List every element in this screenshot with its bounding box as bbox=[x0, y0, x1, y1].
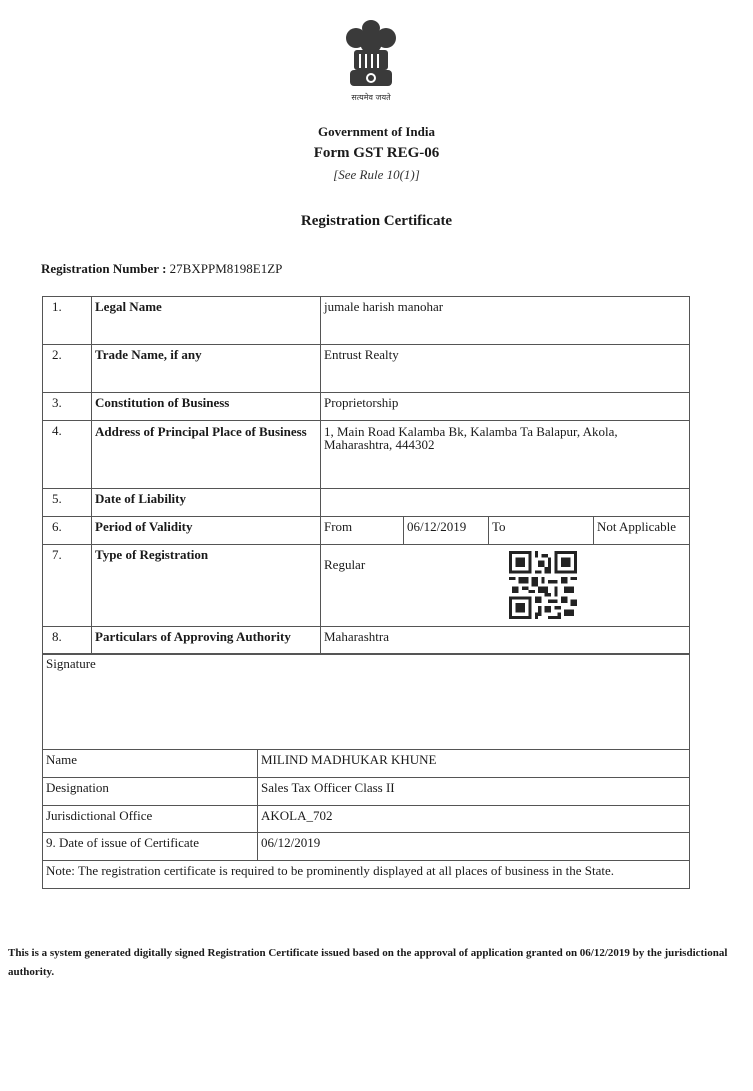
table-row: 5. Date of Liability bbox=[43, 489, 690, 517]
table-row: 3. Constitution of Business Proprietorsh… bbox=[43, 393, 690, 421]
date-of-liability-value bbox=[321, 489, 690, 517]
designation-value: Sales Tax Officer Class II bbox=[258, 778, 690, 806]
registration-type-cell: Regular bbox=[321, 545, 690, 627]
officer-name-label: Name bbox=[43, 750, 258, 778]
registration-number: Registration Number : 27BXPPM8198E1ZP bbox=[41, 261, 282, 277]
row-number: 5. bbox=[43, 489, 92, 517]
validity-to-label: To bbox=[489, 517, 594, 545]
table-row: 6. Period of Validity From 06/12/2019 To… bbox=[43, 517, 690, 545]
signature-label: Signature bbox=[43, 654, 690, 750]
system-generated-notice: This is a system generated digitally sig… bbox=[8, 944, 728, 982]
details-table: 1. Legal Name jumale harish manohar 2. T… bbox=[42, 296, 690, 655]
trade-name-label: Trade Name, if any bbox=[92, 345, 321, 393]
row-number: 8. bbox=[43, 627, 92, 655]
validity-to-value: Not Applicable bbox=[594, 517, 690, 545]
legal-name-value: jumale harish manohar bbox=[321, 297, 690, 345]
row-number: 2. bbox=[43, 345, 92, 393]
issue-date-label: 9. Date of issue of Certificate bbox=[43, 833, 258, 861]
row-number: 3. bbox=[43, 393, 92, 421]
national-emblem-icon: सत्यमेव जयते bbox=[336, 16, 406, 104]
address-label: Address of Principal Place of Business bbox=[92, 421, 321, 489]
form-title: Form GST REG-06 bbox=[0, 145, 753, 162]
constitution-value: Proprietorship bbox=[321, 393, 690, 421]
table-row: 7. Type of Registration Regular bbox=[43, 545, 690, 627]
validity-from-value: 06/12/2019 bbox=[404, 517, 489, 545]
row-number: 4. bbox=[43, 421, 92, 489]
table-row: Designation Sales Tax Officer Class II bbox=[43, 778, 690, 806]
row-number: 7. bbox=[43, 545, 92, 627]
table-row: 2. Trade Name, if any Entrust Realty bbox=[43, 345, 690, 393]
constitution-label: Constitution of Business bbox=[92, 393, 321, 421]
trade-name-value: Entrust Realty bbox=[321, 345, 690, 393]
signature-row: Signature bbox=[43, 654, 690, 750]
rule-reference: [See Rule 10(1)] bbox=[0, 167, 753, 183]
row-number: 1. bbox=[43, 297, 92, 345]
officer-name-value: MILIND MADHUKAR KHUNE bbox=[258, 750, 690, 778]
registration-type-label: Type of Registration bbox=[92, 545, 321, 627]
government-heading: Government of India bbox=[0, 124, 753, 140]
designation-label: Designation bbox=[43, 778, 258, 806]
approving-authority-label: Particulars of Approving Authority bbox=[92, 627, 321, 655]
table-row: 8. Particulars of Approving Authority Ma… bbox=[43, 627, 690, 655]
row-number: 6. bbox=[43, 517, 92, 545]
validity-from-label: From bbox=[321, 517, 404, 545]
table-row: Name MILIND MADHUKAR KHUNE bbox=[43, 750, 690, 778]
table-row: Jurisdictional Office AKOLA_702 bbox=[43, 806, 690, 833]
registration-number-label: Registration Number : bbox=[41, 261, 166, 276]
registration-number-value: 27BXPPM8198E1ZP bbox=[170, 261, 283, 276]
table-row: 4. Address of Principal Place of Busines… bbox=[43, 421, 690, 489]
table-row: 1. Legal Name jumale harish manohar bbox=[43, 297, 690, 345]
registration-type-value: Regular bbox=[324, 557, 365, 572]
jurisdictional-office-value: AKOLA_702 bbox=[258, 806, 690, 833]
certificate-title: Registration Certificate bbox=[0, 213, 753, 230]
legal-name-label: Legal Name bbox=[92, 297, 321, 345]
jurisdictional-office-label: Jurisdictional Office bbox=[43, 806, 258, 833]
table-row: 9. Date of issue of Certificate 06/12/20… bbox=[43, 833, 690, 861]
address-value: 1, Main Road Kalamba Bk, Kalamba Ta Bala… bbox=[321, 421, 690, 489]
svg-text:सत्यमेव जयते: सत्यमेव जयते bbox=[351, 92, 391, 102]
qr-code-icon[interactable] bbox=[509, 551, 577, 619]
table-row: Note: The registration certificate is re… bbox=[43, 861, 690, 889]
issue-date-value: 06/12/2019 bbox=[258, 833, 690, 861]
date-of-liability-label: Date of Liability bbox=[92, 489, 321, 517]
signature-table: Signature Name MILIND MADHUKAR KHUNE Des… bbox=[42, 653, 690, 889]
approving-authority-value: Maharashtra bbox=[321, 627, 690, 655]
display-note: Note: The registration certificate is re… bbox=[43, 861, 690, 889]
validity-label: Period of Validity bbox=[92, 517, 321, 545]
